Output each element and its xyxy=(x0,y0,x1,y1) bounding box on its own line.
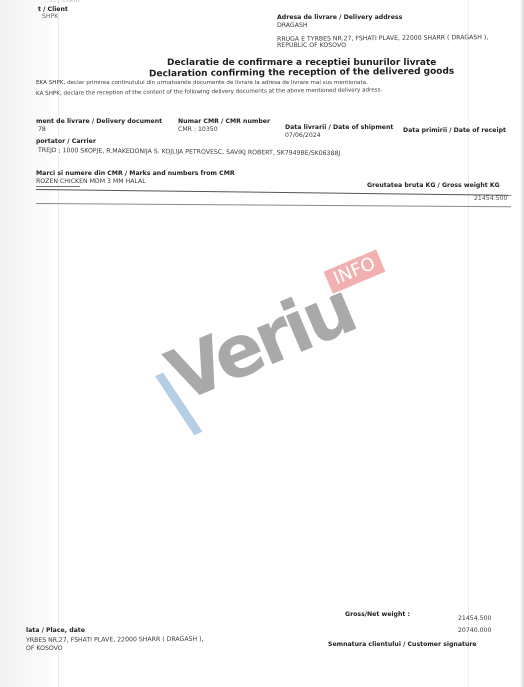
shipment-date-value: 07/06/2024 xyxy=(285,132,321,139)
gross-net-weight-label: Gross/Net weight : xyxy=(345,611,410,618)
declaration-en: KA SHPK, declare the reception of the co… xyxy=(36,87,382,97)
scan-shadow-left xyxy=(0,0,58,687)
place-date-label: lata / Place, date xyxy=(26,627,85,634)
delivery-address-line2: REPUBLIC OF KOSOVO xyxy=(277,42,346,49)
delivery-document-value: 78 xyxy=(38,126,46,133)
delivery-address-label: Adresa de livrare / Delivery address xyxy=(277,14,402,21)
watermark-word: Veriu xyxy=(158,271,363,412)
place-line1: YRBES NR.27, FSHATI PLAVE, 22000 SHARR (… xyxy=(26,636,204,645)
footer-gross-weight: 21454.500 xyxy=(458,615,491,622)
shipment-date-label: Data livrarii / Date of shipment xyxy=(285,124,393,131)
footer-net-weight: 20740.000 xyxy=(458,627,491,634)
delivery-document-label: ment de livrare / Delivery document xyxy=(36,118,162,125)
watermark-logo-mark xyxy=(155,367,203,440)
goods-table-bottom-rule xyxy=(36,203,511,207)
gross-weight-label: Greutatea bruta KG / Gross weight KG xyxy=(367,182,500,189)
cmr-number-value: CMR : 10350 xyxy=(178,126,218,133)
scan-fold-line xyxy=(468,0,469,687)
receipt-date-label: Data primirii / Date of receipt xyxy=(403,127,506,134)
delivery-city: DRAGASH xyxy=(277,22,308,29)
watermark: Veriu INFO xyxy=(131,215,438,459)
gross-weight-value: 21454.500 xyxy=(474,195,507,202)
carrier-label: portator / Carrier xyxy=(36,138,96,145)
watermark-badge: INFO xyxy=(324,249,386,293)
goods-description: ROZEN CHICKEN MDM 3 MM HALAL xyxy=(36,178,146,185)
scan-shadow-right xyxy=(520,0,524,687)
carrier-value: TREJD ; 1000 SKOPJE, R.MAKEDONIJA S. KOJ… xyxy=(38,147,340,158)
cropped-header-text: …ct / Client xyxy=(44,0,80,4)
goods-underline xyxy=(36,186,80,187)
goods-table-rule xyxy=(36,189,511,196)
customer-signature-label: Semnatura clientului / Customer signatur… xyxy=(328,641,477,648)
scan-fold-line xyxy=(58,0,59,687)
client-name: SHPK xyxy=(42,13,58,20)
place-line2: OF KOSOVO xyxy=(26,645,63,652)
cmr-number-label: Numar CMR / CMR number xyxy=(178,118,270,125)
declaration-ro: EKA SHPK, declar primirea continutului d… xyxy=(36,80,368,87)
marks-label: Marci si numere din CMR / Marks and numb… xyxy=(36,170,235,177)
document-title-en: Declaration confirming the reception of … xyxy=(149,67,454,80)
